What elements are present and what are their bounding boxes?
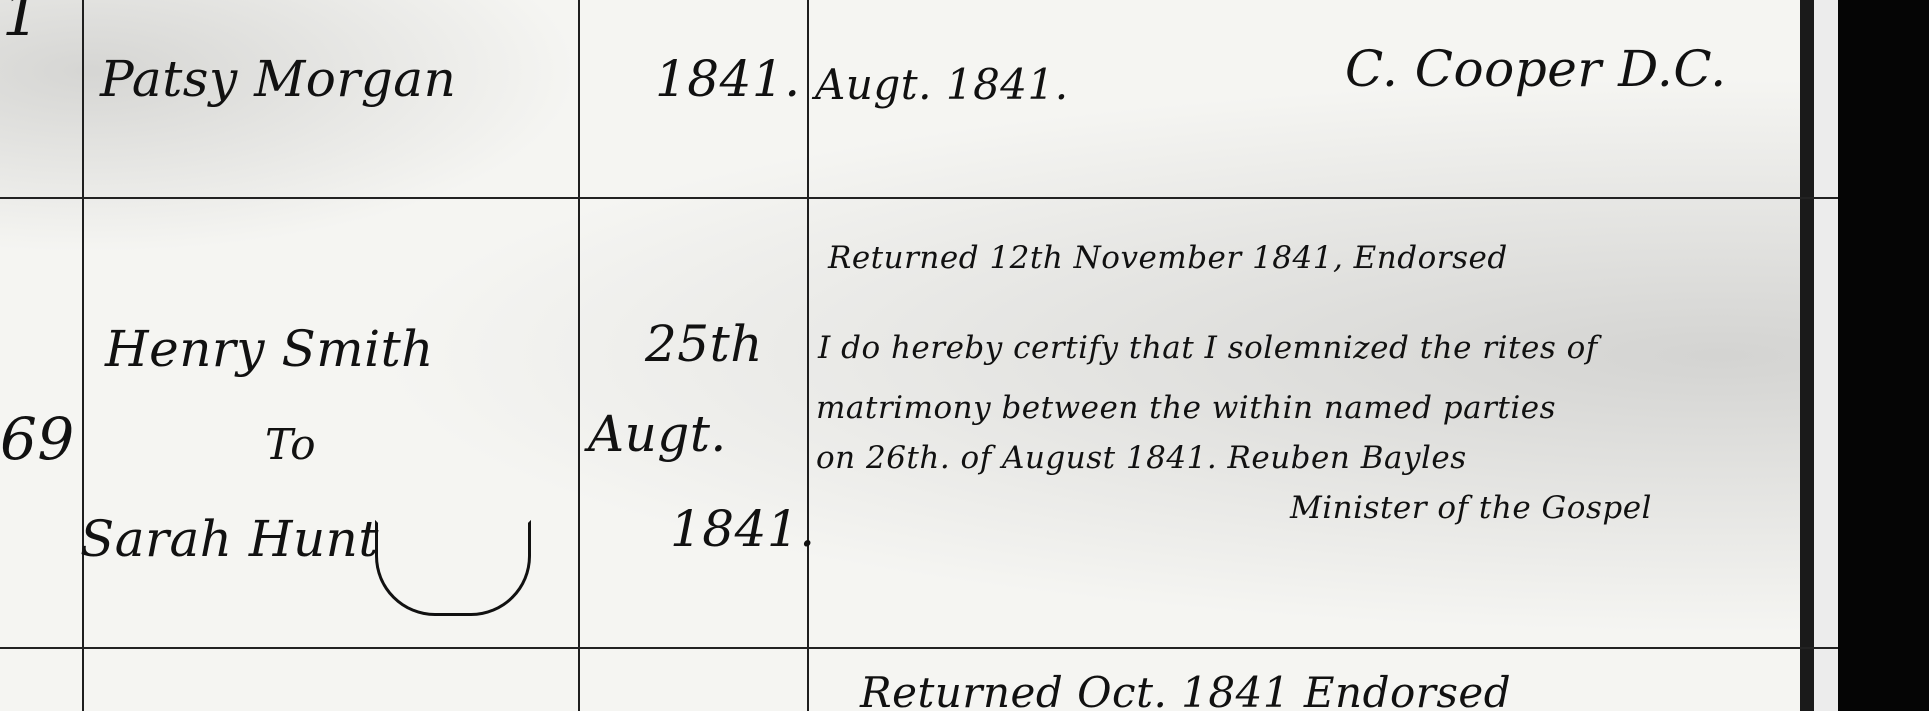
row-divider-2 <box>0 647 1838 649</box>
scan-background <box>1838 0 1929 711</box>
book-binding-edge <box>1800 0 1814 711</box>
entry-1-return: Augt. 1841. <box>815 60 1069 109</box>
entry-2-return-line-4: on 26th. of August 1841. Reuben Bayles <box>816 440 1467 476</box>
entry-2-license-year: 1841. <box>670 500 816 558</box>
entry-2-connector: To <box>265 420 316 469</box>
column-divider-names <box>578 0 580 711</box>
name-flourish <box>375 520 531 616</box>
row-divider-1 <box>0 197 1838 199</box>
entry-2-return-line-3: matrimony between the within named parti… <box>816 390 1556 426</box>
entry-2-number: 69 <box>0 405 75 473</box>
column-divider-date <box>807 0 809 711</box>
entry-2-bride: Sarah Hunt <box>80 510 379 568</box>
entry-1-names: Patsy Morgan <box>100 50 456 108</box>
column-divider-number <box>82 0 84 711</box>
entry-1-license-year: 1841. <box>655 50 801 108</box>
entry-2-return-line-2: I do hereby certify that I solemnized th… <box>818 330 1598 366</box>
book-binding-strip <box>1814 0 1838 711</box>
entry-2-license-month: Augt. <box>588 405 727 463</box>
entry-2-license-day: 25th <box>645 315 763 373</box>
entry-2-groom: Henry Smith <box>105 320 434 378</box>
entry-1-issued-by: C. Cooper D.C. <box>1345 40 1727 98</box>
entry-2-return-line-5: Minister of the Gospel <box>1290 490 1652 526</box>
entry-1-number: 1 <box>2 0 41 50</box>
entry-2-return-line-1: Returned 12th November 1841, Endorsed <box>828 240 1508 276</box>
entry-3-return-fragment: Returned Oct. 1841 Endorsed <box>860 668 1511 711</box>
